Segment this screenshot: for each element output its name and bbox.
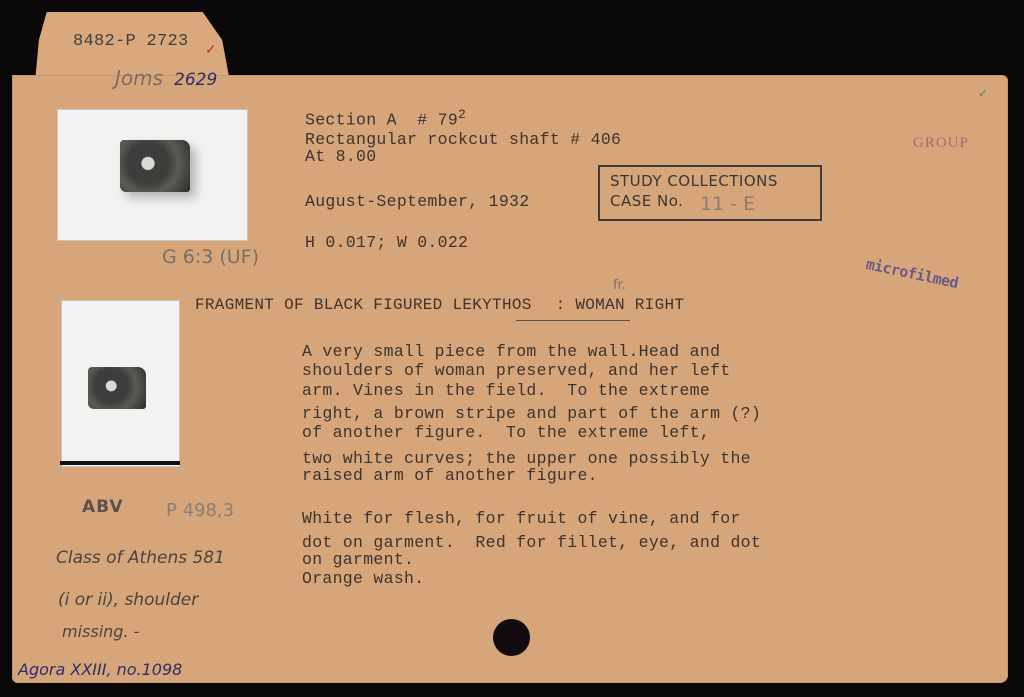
punch-hole (493, 619, 530, 656)
abv-page: P 498,3 (166, 500, 234, 521)
photo-top (58, 110, 247, 240)
description-line: right, a brown stripe and part of the ar… (302, 405, 761, 423)
colors-note-line: on garment. (302, 551, 414, 569)
sherd-image (120, 140, 190, 192)
description-line: raised arm of another figure. (302, 467, 598, 485)
description-line: A very small piece from the wall.Head an… (302, 343, 720, 361)
title-prefix: FRAGMENT OF BLACK FIGURED (195, 296, 452, 314)
dimensions-line: H 0.017; W 0.022 (305, 234, 468, 252)
section-line: Section A # 792 (305, 106, 466, 130)
handwritten-note: missing. - (62, 622, 139, 641)
colors-note-line: Orange wash. (302, 570, 424, 588)
section-superscript: 2 (458, 107, 466, 122)
description-line: arm. Vines in the field. To the extreme (302, 382, 710, 400)
scale-bar (60, 461, 180, 469)
handwritten-note: (i or ii), shoulder (58, 590, 198, 610)
object-title: FRAGMENT OF BLACK FIGURED LEKYTHOS : WOM… (195, 296, 684, 314)
check-mark-icon: ✓ (205, 42, 217, 58)
ink-number: 2629 (174, 70, 217, 90)
sherd-image-small (88, 367, 146, 409)
description-line: shoulders of woman preserved, and her le… (302, 362, 730, 380)
abv-label: ABV (82, 498, 124, 516)
title-suffix: : WOMAN RIGHT (532, 296, 685, 314)
title-object: LEKYTHOS (452, 296, 531, 314)
section-text: Section A # 79 (305, 111, 458, 130)
stamp-case-number: 11 - E (700, 193, 755, 215)
colors-note-line: White for flesh, for fruit of vine, and … (302, 510, 741, 528)
photo-top-caption: G 6:3 (UF) (162, 246, 259, 268)
green-check-icon: ✓ (978, 86, 988, 100)
catalog-number: 8482-P 2723 (73, 33, 189, 51)
photo-scale (62, 301, 179, 466)
handwritten-note: Class of Athens 581 (56, 548, 225, 568)
title-underline (516, 320, 630, 321)
stamp-case-label: CASE No. (610, 192, 683, 210)
group-label: GROUP (913, 134, 969, 152)
stamp-line1: STUDY COLLECTIONS (610, 172, 778, 190)
pencil-note: Joms (115, 66, 163, 90)
depth-line: At 8.00 (305, 148, 376, 166)
date-line: August-September, 1932 (305, 193, 529, 211)
description-line: of another figure. To the extreme left, (302, 424, 710, 442)
publication-reference: Agora XXIII, no.1098 (18, 660, 182, 679)
title-insertion: fr. (613, 278, 626, 293)
